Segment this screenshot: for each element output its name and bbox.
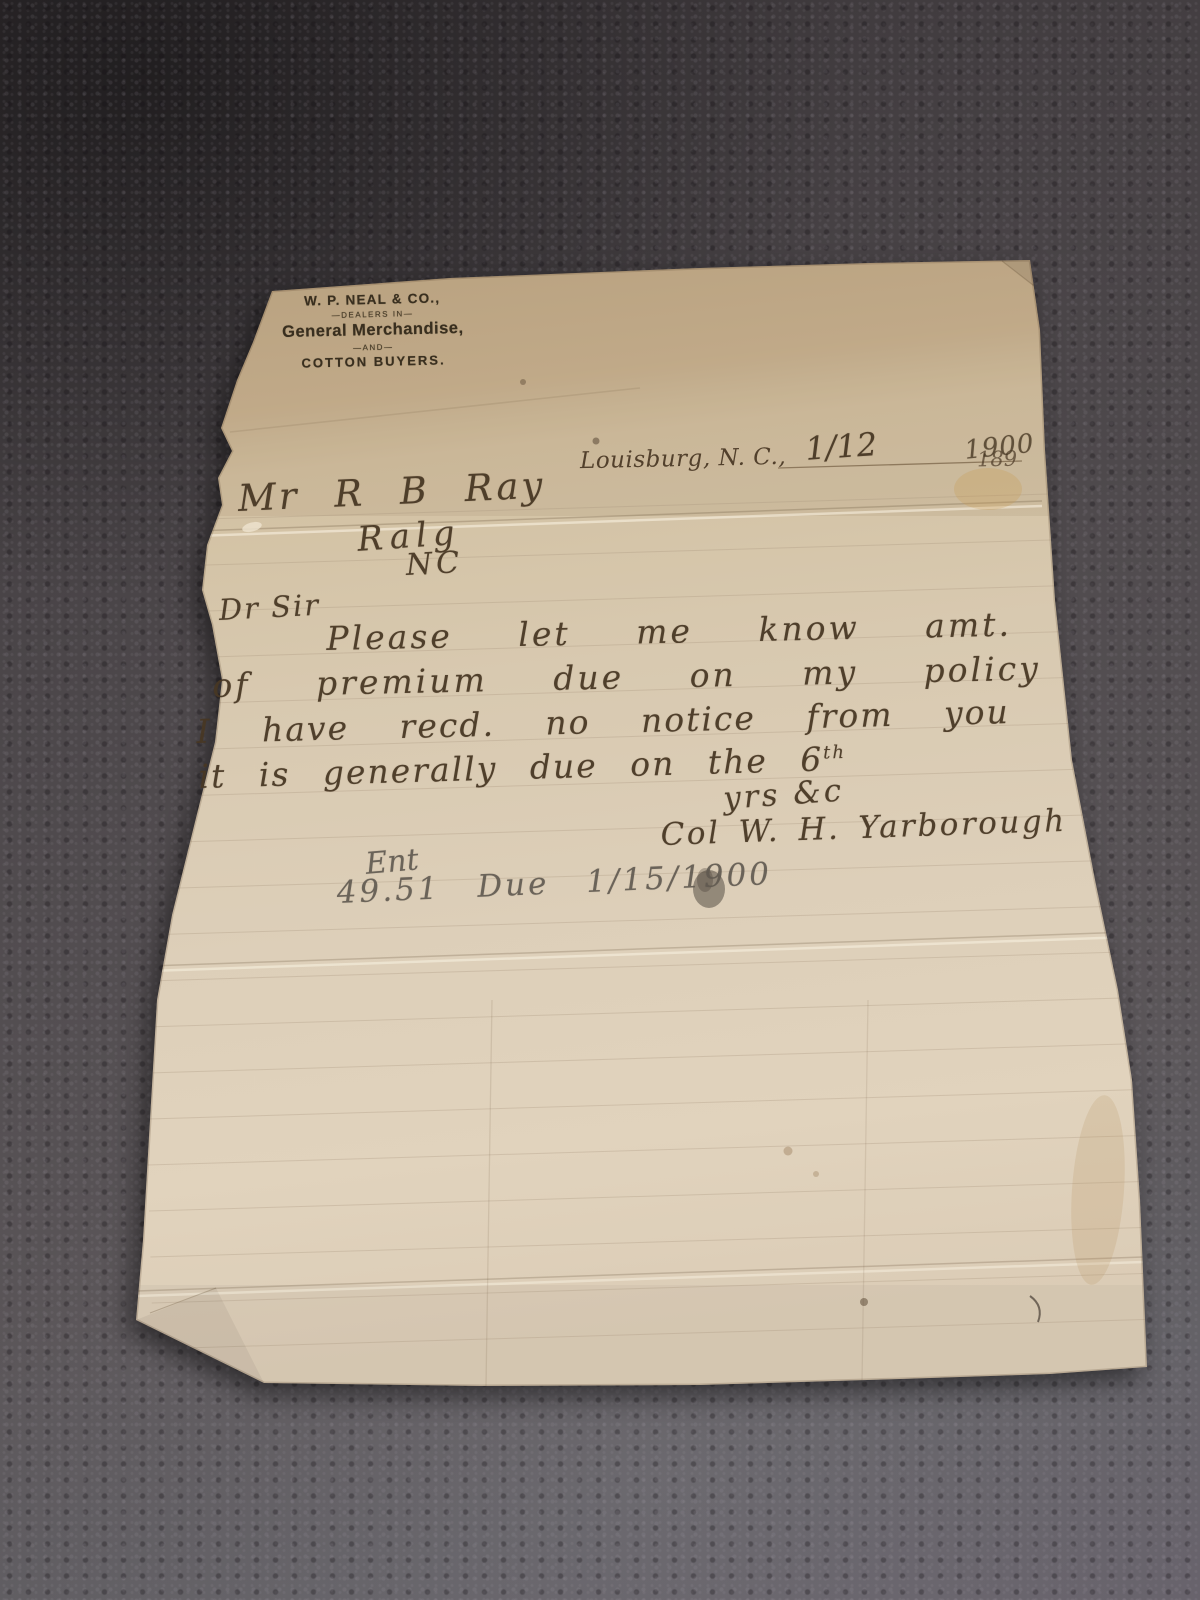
carpet-background: W. P. NEAL & CO., —DEALERS IN— General M… bbox=[0, 0, 1200, 1600]
letterhead-merchandise: General Merchandise, bbox=[223, 318, 523, 344]
dateline-place: Louisburg, N. C., bbox=[580, 444, 787, 474]
body-line-4-superscript: th bbox=[823, 742, 846, 764]
addressee-state: NC bbox=[405, 545, 464, 583]
letterhead: W. P. NEAL & CO., —DEALERS IN— General M… bbox=[222, 289, 524, 373]
salutation: Dr Sir bbox=[218, 588, 321, 627]
dateline-date-handwritten: 1/12 bbox=[804, 425, 878, 468]
paper-sheet bbox=[0, 0, 1200, 1600]
